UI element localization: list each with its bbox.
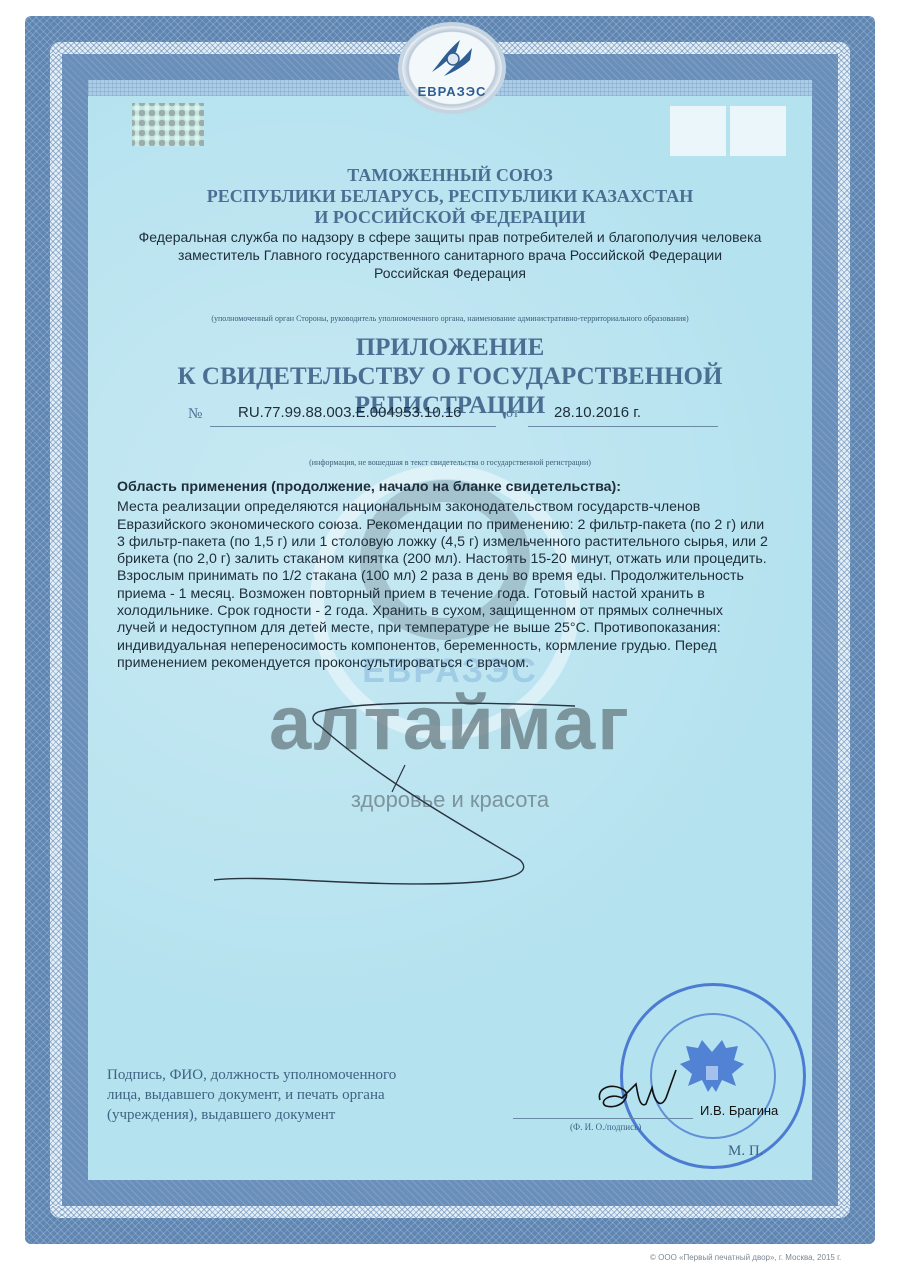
handwritten-signature xyxy=(0,0,900,1273)
printer-copyright: © ООО «Первый печатный двор», г. Москва,… xyxy=(650,1253,841,1262)
seal-label: М. П. xyxy=(728,1143,763,1160)
signer-caption: (Ф. И. О./подпись) xyxy=(570,1122,641,1132)
signature-underline xyxy=(513,1118,693,1119)
signer-name: И.В. Брагина xyxy=(700,1103,778,1118)
